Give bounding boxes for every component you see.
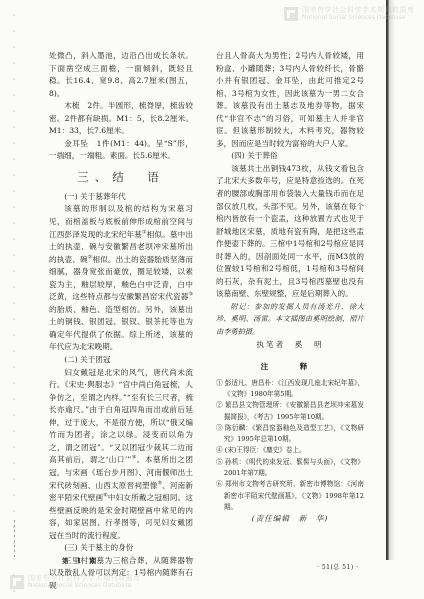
note-item: ④ (宋)王得臣：《麈史》卷上。 [216, 445, 364, 456]
page-number: · 51(总 51) · [317, 562, 359, 571]
issue-label: 第 1 期 [62, 556, 99, 565]
database-logo-icon [284, 7, 298, 21]
editor-credit: (责任编辑 新 华) [216, 513, 364, 526]
scan-edge-shadow [389, 0, 395, 560]
appendix-note: 附记：参加的发掘人员有汤光升、徐大珍、奚明、汤雷。本文插图由奚明绘制，照片由李勇… [216, 301, 364, 339]
subheading-burial-custom: (四) 关于葬俗 [216, 150, 364, 163]
paragraph-continued: 台且人骨高大为男性；2号内人骨较矮，用粉盒、小罐随葬；3号内人骨较纤长，骨骼小并… [216, 50, 364, 150]
note-item: ① 彭适凡、唐昌朴：《江西发现几座北宋纪年墓》，《文物》1980年第5期。 [216, 378, 364, 401]
note-item: ⑤ 孙机：《明代的束发冠、䯼髻与头面》，《文物》2001年第7期。 [216, 457, 364, 480]
journal-page: 国家哲学社会科学学术期刊数据库 National Social Sciences… [0, 0, 424, 599]
paragraph-tomb-date: 该墓的形制以及棺的结构为宋墓习见，而棺盖板与底板前伸形成棺前空间与江西彭泽发现的… [49, 203, 193, 354]
paragraph-tuanguan: 妇女戴冠是北宋的风气，唐代尚未流行。《宋史·舆服志》“宫中尚白角冠梳，人争仿之，… [49, 367, 193, 543]
watermark-bottom: 国家哲学社会科学学术期刊数据库 National Social Sciences… [10, 574, 141, 590]
scan-edge-marks [14, 520, 15, 560]
database-logo-icon [10, 575, 24, 589]
paragraph-burial-custom: 该墓共土出铜钱473枚，从钱文看包含了北宋大多数年号，应是特意捡选的。在死者的腰… [216, 163, 364, 301]
scan-edge-left [13, 0, 15, 599]
author-line: 执笔者 奚 明 [216, 339, 364, 352]
watermark-cn: 国家哲学社会科学学术期刊数据库 [302, 6, 415, 14]
paragraph: 处微凸，斜入墨池，边沿凸出成长条状。下面凿空成三面檐，一面倾斜，既轻且稳。长16… [49, 50, 193, 100]
note-item: ⑥ 郑州市文物考古研究所、新密市博物馆：《河南新密市平陌宋代壁画墓》，《文物》1… [216, 479, 364, 513]
notes-title: 注 释 [216, 361, 364, 374]
note-item: ③ 陈衍麟：《繁昌窑器釉色及造型工艺》，《文物研究》1995年总第10期。 [216, 423, 364, 446]
section-title-conclusion: 三、结 语 [49, 169, 193, 185]
footnote-ref[interactable]: ③ [189, 292, 193, 298]
right-column: 台且人骨高大为男性；2号内人骨较矮，用粉盒、小罐随葬；3号内人骨较纤长，骨骼小并… [216, 50, 364, 526]
watermark-en: National Social Sciences Database [302, 14, 415, 22]
watermark-en: National Social Sciences Database [28, 582, 141, 590]
watermark-cn: 国家哲学社会科学学术期刊数据库 [28, 574, 141, 582]
paragraph-gold-earring: 金耳坠 1件(M1：44)。呈“S”形，一端细，一端粗。素面。长5.6厘米。 [49, 138, 193, 163]
left-column: 处微凸，斜入墨池，边沿凸出成长条状。下面凿空成三面檐，一面倾斜，既轻且稳。长16… [49, 50, 193, 592]
watermark-top: 国家哲学社会科学学术期刊数据库 National Social Sciences… [284, 6, 415, 22]
paragraph-wooden-comb: 木梳 2件。半圆形，梳脊厚，梳齿较密。2件都有缺损。M1：5，长8.2厘米。M1… [49, 100, 193, 138]
note-item: ② 繁昌县文物管理所：《安徽繁昌县老坝冲宋墓发掘简报》，《考古》1995年第10… [216, 400, 364, 423]
subheading-tomb-owner: (三) 关于墓主的身份 [49, 542, 193, 555]
subheading-tuanguan: (二) 关于团冠 [49, 354, 193, 367]
subheading-tomb-date: (一) 关于墓葬年代 [49, 191, 193, 204]
